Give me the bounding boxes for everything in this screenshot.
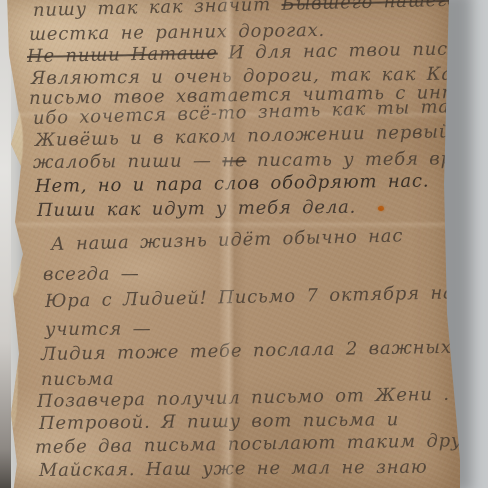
handwriting-line: тебе два письма посылают таким друг (35, 430, 472, 458)
handwriting-text: всегда — (43, 263, 140, 285)
handwritten-text-block: и писем и получу и ответ на все не пишу … (5, 0, 460, 488)
aged-letter-paper: и писем и получу и ответ на все не пишу … (5, 0, 460, 488)
handwriting-line: Майская. Наш уже не мал не знаю (39, 457, 428, 481)
handwriting-line: Лидия тоже тебе послала 2 важных (41, 337, 452, 365)
handwriting-line: Юра с Лидией! Письмо 7 октября на зимнт … (45, 280, 488, 312)
handwriting-line: А наша жизнь идёт обычно нас (51, 225, 404, 255)
background-left-strip (0, 0, 11, 488)
handwriting-text: Петровой. Я пишу вот письма и (39, 409, 399, 434)
handwriting-text: Юра с Лидией! Письмо 7 октября на зимнт … (45, 280, 488, 312)
handwriting-text: Лидия тоже тебе послала 2 важных (41, 337, 452, 365)
struck-text: Не пиши Наташе (27, 43, 218, 67)
handwriting-text: письма (41, 369, 115, 390)
handwriting-text: И для нас твои письма (218, 38, 486, 64)
handwriting-text: пишу так как значит (33, 0, 282, 21)
handwriting-line: пишу так как значит Бывшего нашего (33, 0, 459, 21)
struck-text: не (222, 150, 246, 171)
handwriting-line: учится — (45, 318, 152, 340)
handwriting-line: всегда — (43, 263, 140, 285)
handwriting-line: Пиши как идут у тебя дела. (37, 197, 356, 221)
struck-text: Бывшего нашего (281, 0, 459, 15)
handwriting-text: жалобы пиши — (33, 150, 223, 173)
handwriting-line: жалобы пиши — не писать у тебя времени (33, 148, 488, 173)
handwriting-text: Пиши как идут у тебя дела. (37, 197, 356, 221)
handwriting-line: Нет, но и пара слов ободряют нас. (35, 170, 430, 197)
handwriting-text: тебе два письма посылают таким друг (35, 430, 472, 458)
handwriting-text: учится — (45, 318, 152, 340)
handwriting-line: письма (41, 369, 115, 390)
handwriting-text: А наша жизнь идёт обычно нас (51, 225, 404, 255)
handwriting-text: Майская. Наш уже не мал не знаю (39, 457, 428, 481)
handwriting-line: Петровой. Я пишу вот письма и (39, 409, 399, 434)
handwriting-text: Нет, но и пара слов ободряют нас. (35, 170, 430, 197)
letter-photograph: и писем и получу и ответ на все не пишу … (0, 0, 488, 488)
